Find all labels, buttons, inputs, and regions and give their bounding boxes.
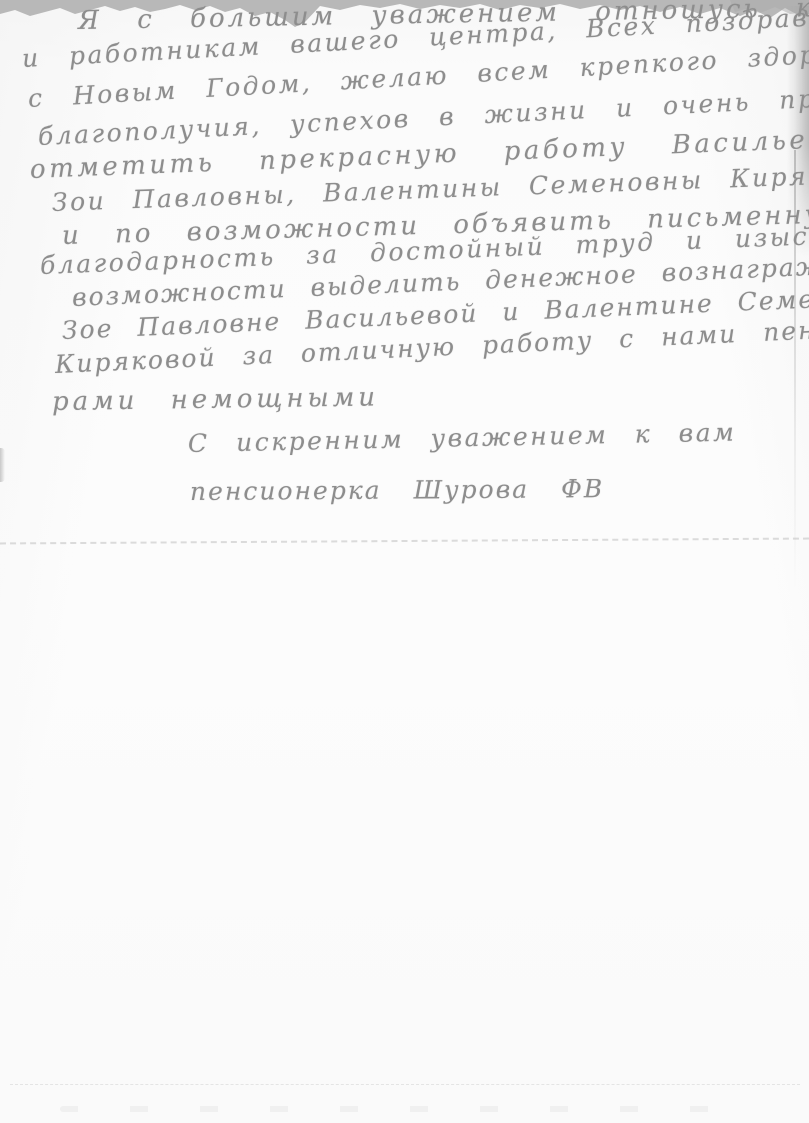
signature-line: пенсионерка Шурова ФВ: [190, 474, 604, 506]
closing-line: С искренним уважением к вам: [188, 418, 737, 458]
paper-crease-line: [0, 538, 809, 545]
scanner-edge-mark-left: [0, 448, 5, 482]
scanned-letter-page: Я с большим уважением отношусь к Вам и р…: [0, 0, 809, 1123]
handwritten-line: рами немощными: [52, 382, 379, 417]
scanner-artifact-bottom: [60, 1106, 760, 1112]
paper-crease-line-bottom: [10, 1084, 800, 1085]
